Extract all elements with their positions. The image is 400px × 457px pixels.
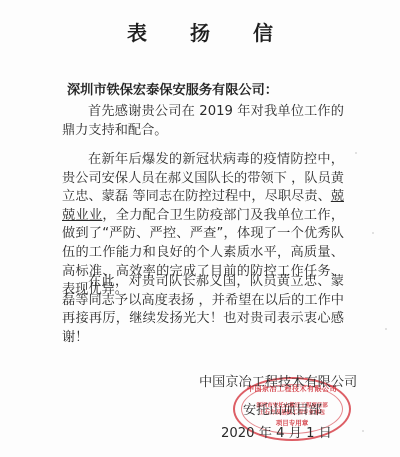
title-char-3: 信: [253, 17, 274, 46]
paragraph-epidemic-part1: 在新年后爆发的新冠状病毒的疫情防控中，贵公司安保人员在郝义国队长的带领下 ，队员…: [62, 152, 344, 204]
scan-speck: [372, 232, 374, 234]
scan-speck: [355, 152, 357, 154]
letter-title: 表扬信: [0, 17, 400, 46]
title-char-2: 扬: [190, 17, 211, 46]
signature-date: 2020 年 4 月 1 日: [221, 422, 332, 441]
paragraph-commendation: 在此，对贵司队长郝义国，队员黄立忠、蒙磊等同志予以高度表扬 ，并希望在以后的工作…: [62, 273, 344, 347]
title-char-1: 表: [127, 17, 148, 46]
signature-department: 安托山项目部: [243, 399, 322, 418]
letter-page: 表扬信 深圳市铁保宏泰保安服务有限公司： 首先感谢贵公司在 2019 年对我单位…: [0, 0, 400, 457]
scan-speck: [362, 430, 364, 432]
paragraph-thanks: 首先感谢贵公司在 2019 年对我单位工作的鼎力支持和配合。: [62, 103, 344, 140]
salutation: 深圳市铁保宏泰保安服务有限公司：: [67, 79, 278, 98]
scan-speck: [385, 328, 387, 330]
signature-company: 中国京冶工程技术有限公司: [199, 371, 357, 390]
